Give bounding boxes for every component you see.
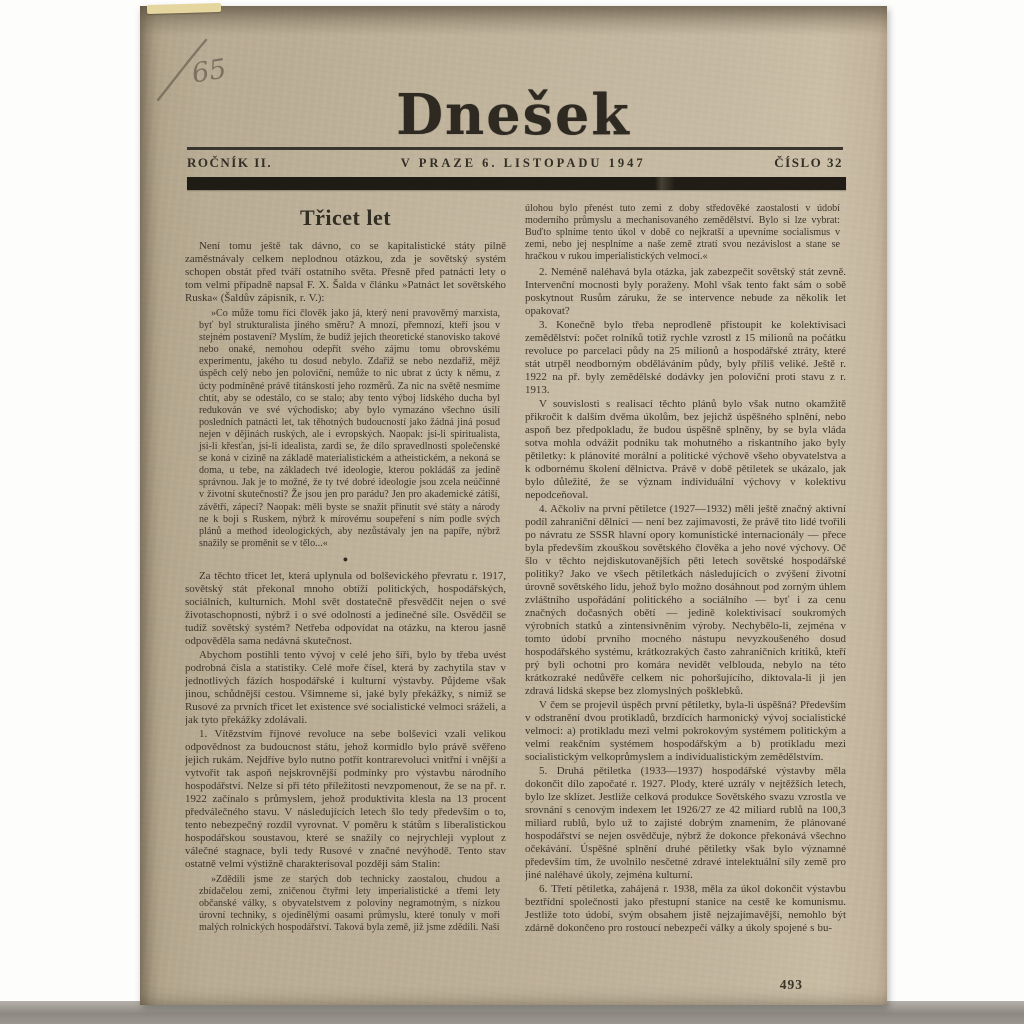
- paragraph: 5. Druhá pětiletka (1933—1937) hospodářs…: [525, 765, 846, 882]
- article-columns: Třicet let Není tomu ještě tak dávno, co…: [185, 203, 846, 991]
- paragraph: V souvislosti s realisací těchto plánů b…: [525, 398, 846, 502]
- paragraph: 3. Konečně bylo třeba neprodleně přistou…: [525, 319, 846, 397]
- article-title: Třicet let: [185, 205, 506, 231]
- quote-block: »Zdědili jsme ze starých dob technicky z…: [199, 874, 500, 934]
- paragraph: Není tomu ještě tak dávno, co se kapital…: [185, 240, 506, 305]
- paragraph: V čem se projevil úspěch první pětiletky…: [525, 699, 846, 764]
- quote-block: »Co může tomu říci člověk jako já, který…: [199, 308, 500, 550]
- paragraph: Abychom postihli tento vývoj v celé jeho…: [185, 649, 506, 727]
- scan-background: 65 Dnešek ROČNÍK II. V PRAZE 6. LISTOPAD…: [0, 0, 1024, 1024]
- paragraph: 4. Ačkoliv na první pětiletce (1927—1932…: [525, 503, 846, 698]
- issue-info-row: ROČNÍK II. V PRAZE 6. LISTOPADU 1947 ČÍS…: [187, 155, 843, 173]
- masthead-title: Dnešek: [140, 81, 887, 148]
- left-column: Třicet let Není tomu ještě tak dávno, co…: [185, 203, 506, 991]
- header-rule-thick: [187, 177, 846, 190]
- paragraph: 1. Vítězstvím říjnové revoluce na sebe b…: [185, 728, 506, 871]
- page-number: 493: [780, 977, 803, 993]
- torn-edge-sliver: [147, 3, 221, 14]
- dateline-label: V PRAZE 6. LISTOPADU 1947: [401, 156, 646, 171]
- newspaper-page: 65 Dnešek ROČNÍK II. V PRAZE 6. LISTOPAD…: [140, 6, 887, 1005]
- paragraph: 6. Třetí pětiletka, zahájená r. 1938, mě…: [525, 883, 846, 935]
- paragraph: Za těchto třicet let, která uplynula od …: [185, 570, 506, 648]
- page-top-shadow: [140, 6, 887, 36]
- header-rule-thin: [187, 147, 843, 150]
- paragraph: 2. Neméně naléhavá byla otázka, jak zabe…: [525, 266, 846, 318]
- right-column: úlohou bylo přenést tuto zemi z doby stř…: [525, 203, 846, 991]
- section-separator-dot: ●: [185, 555, 506, 564]
- volume-label: ROČNÍK II.: [187, 155, 272, 171]
- issue-number-label: ČÍSLO 32: [774, 155, 843, 171]
- quote-block-continuation: úlohou bylo přenést tuto zemi z doby stř…: [525, 203, 840, 263]
